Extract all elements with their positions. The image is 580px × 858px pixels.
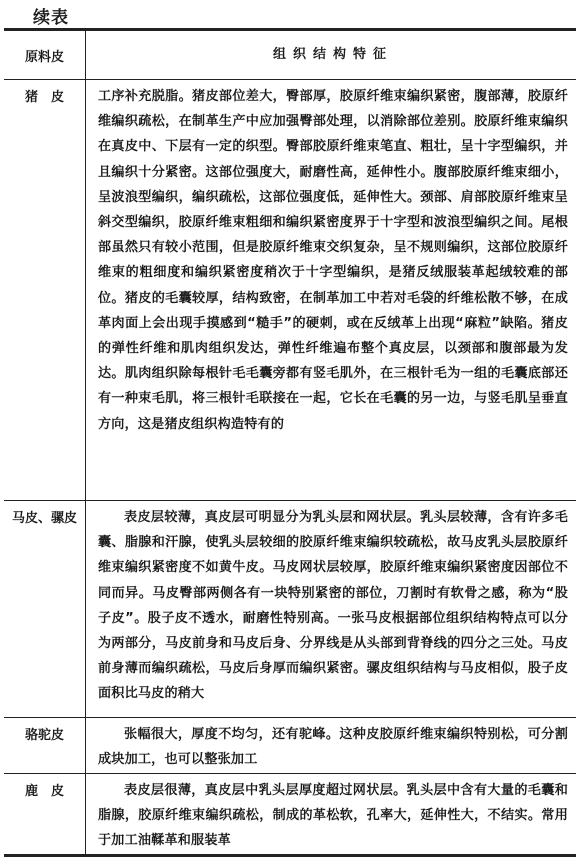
table-row-horse-mule: 马皮、骡皮 表皮层较薄，真皮层可明显分为乳头层和网状层。乳头层较薄，含有许多毛囊… (4, 500, 576, 717)
hide-structure-table: 原料皮 组织结构特征 猪 皮 工序补充脱脂。猪皮部位差大，臀部厚，胶原纤维束编织… (4, 28, 576, 857)
row-description: 工序补充脱脂。猪皮部位差大，臀部厚，胶原纤维束编织紧密，腹部薄，胶原纤维编织疏松… (86, 80, 576, 500)
row-description: 表皮层较薄，真皮层可明显分为乳头层和网状层。乳头层较薄，含有许多毛囊、脂腺和汗腺… (86, 501, 576, 717)
table-header-row: 原料皮 组织结构特征 (4, 31, 576, 79)
row-description: 张幅很大，厚度不均匀，还有驼峰。这种皮胶原纤维束编织特别松，可分割成块加工，也可… (86, 718, 576, 773)
table-row-deer: 鹿 皮 表皮层很薄，真皮层中乳头层厚度超过网状层。乳头层中含有大量的毛囊和脂腺，… (4, 773, 576, 854)
header-raw-hide: 原料皮 (4, 31, 86, 79)
table-row-pig: 猪 皮 工序补充脱脂。猪皮部位差大，臀部厚，胶原纤维束编织紧密，腹部薄，胶原纤维… (4, 79, 576, 500)
row-description: 表皮层很薄，真皮层中乳头层厚度超过网状层。乳头层中含有大量的毛囊和脂腺，胶原纤维… (86, 774, 576, 854)
table-caption: 续表 (33, 3, 69, 28)
row-name: 骆驼皮 (4, 718, 86, 773)
header-structure: 组织结构特征 (86, 31, 576, 79)
row-name: 鹿 皮 (4, 774, 86, 854)
table-row-camel: 骆驼皮 张幅很大，厚度不均匀，还有驼峰。这种皮胶原纤维束编织特别松，可分割成块加… (4, 717, 576, 773)
row-name: 马皮、骡皮 (4, 501, 86, 717)
row-name: 猪 皮 (4, 80, 86, 500)
